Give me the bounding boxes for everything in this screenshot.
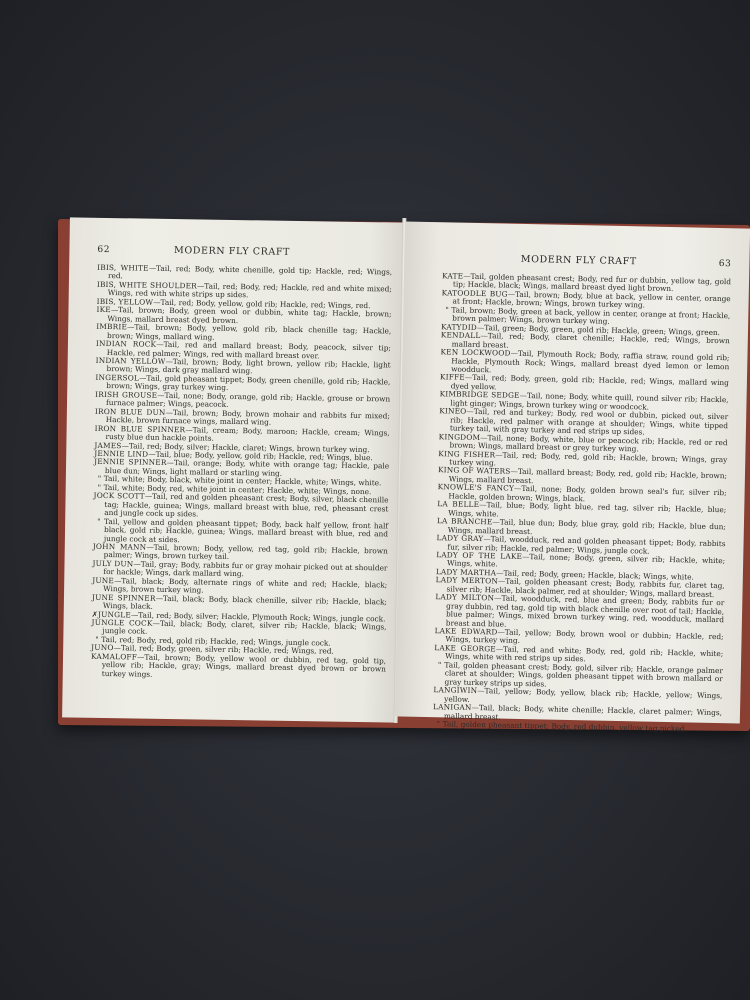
book-title: MODERN FLY CRAFT [521,254,637,267]
fly-pattern-description: —Tail, black; Body, alternate rings of w… [103,576,387,595]
left-page: 62 MODERN FLY CRAFT IBIS, WHITE—Tail, re… [62,217,403,722]
fly-pattern-description: —Tail, brown; Body, yellow wool or dubbi… [102,652,386,678]
fly-pattern-entry: KAMALOFF—Tail, brown; Body, yellow wool … [91,653,386,683]
page-number: 63 [719,259,732,269]
book-title: MODERN FLY CRAFT [174,245,290,258]
right-page: MODERN FLY CRAFT 63 KATE—Tail, golden ph… [395,221,750,723]
right-running-head: MODERN FLY CRAFT 63 [442,252,731,269]
fly-pattern-description: —Tail, gold pheasant tippet; Body, green… [106,373,390,392]
fly-pattern-description: Tail, golden pheasant crest; Body, gold,… [441,660,723,688]
fly-pattern-description: —Tail, red and golden pheasant crest; Bo… [104,492,388,519]
entry-list: KATE—Tail, golden pheasant crest; Body, … [433,272,731,734]
page-number: 62 [97,245,110,255]
fly-pattern-description: —Tail, brown; Body, yellow, gold rib, bl… [107,322,391,341]
fly-pattern-description: Tail, yellow and golden pheasant tippet;… [101,517,389,544]
fly-pattern-description: —Tail, red; Body, white chenille, gold t… [108,264,392,281]
left-running-head: 62 MODERN FLY CRAFT [97,244,392,260]
entry-list: IBIS, WHITE—Tail, red; Body, white cheni… [91,264,392,683]
